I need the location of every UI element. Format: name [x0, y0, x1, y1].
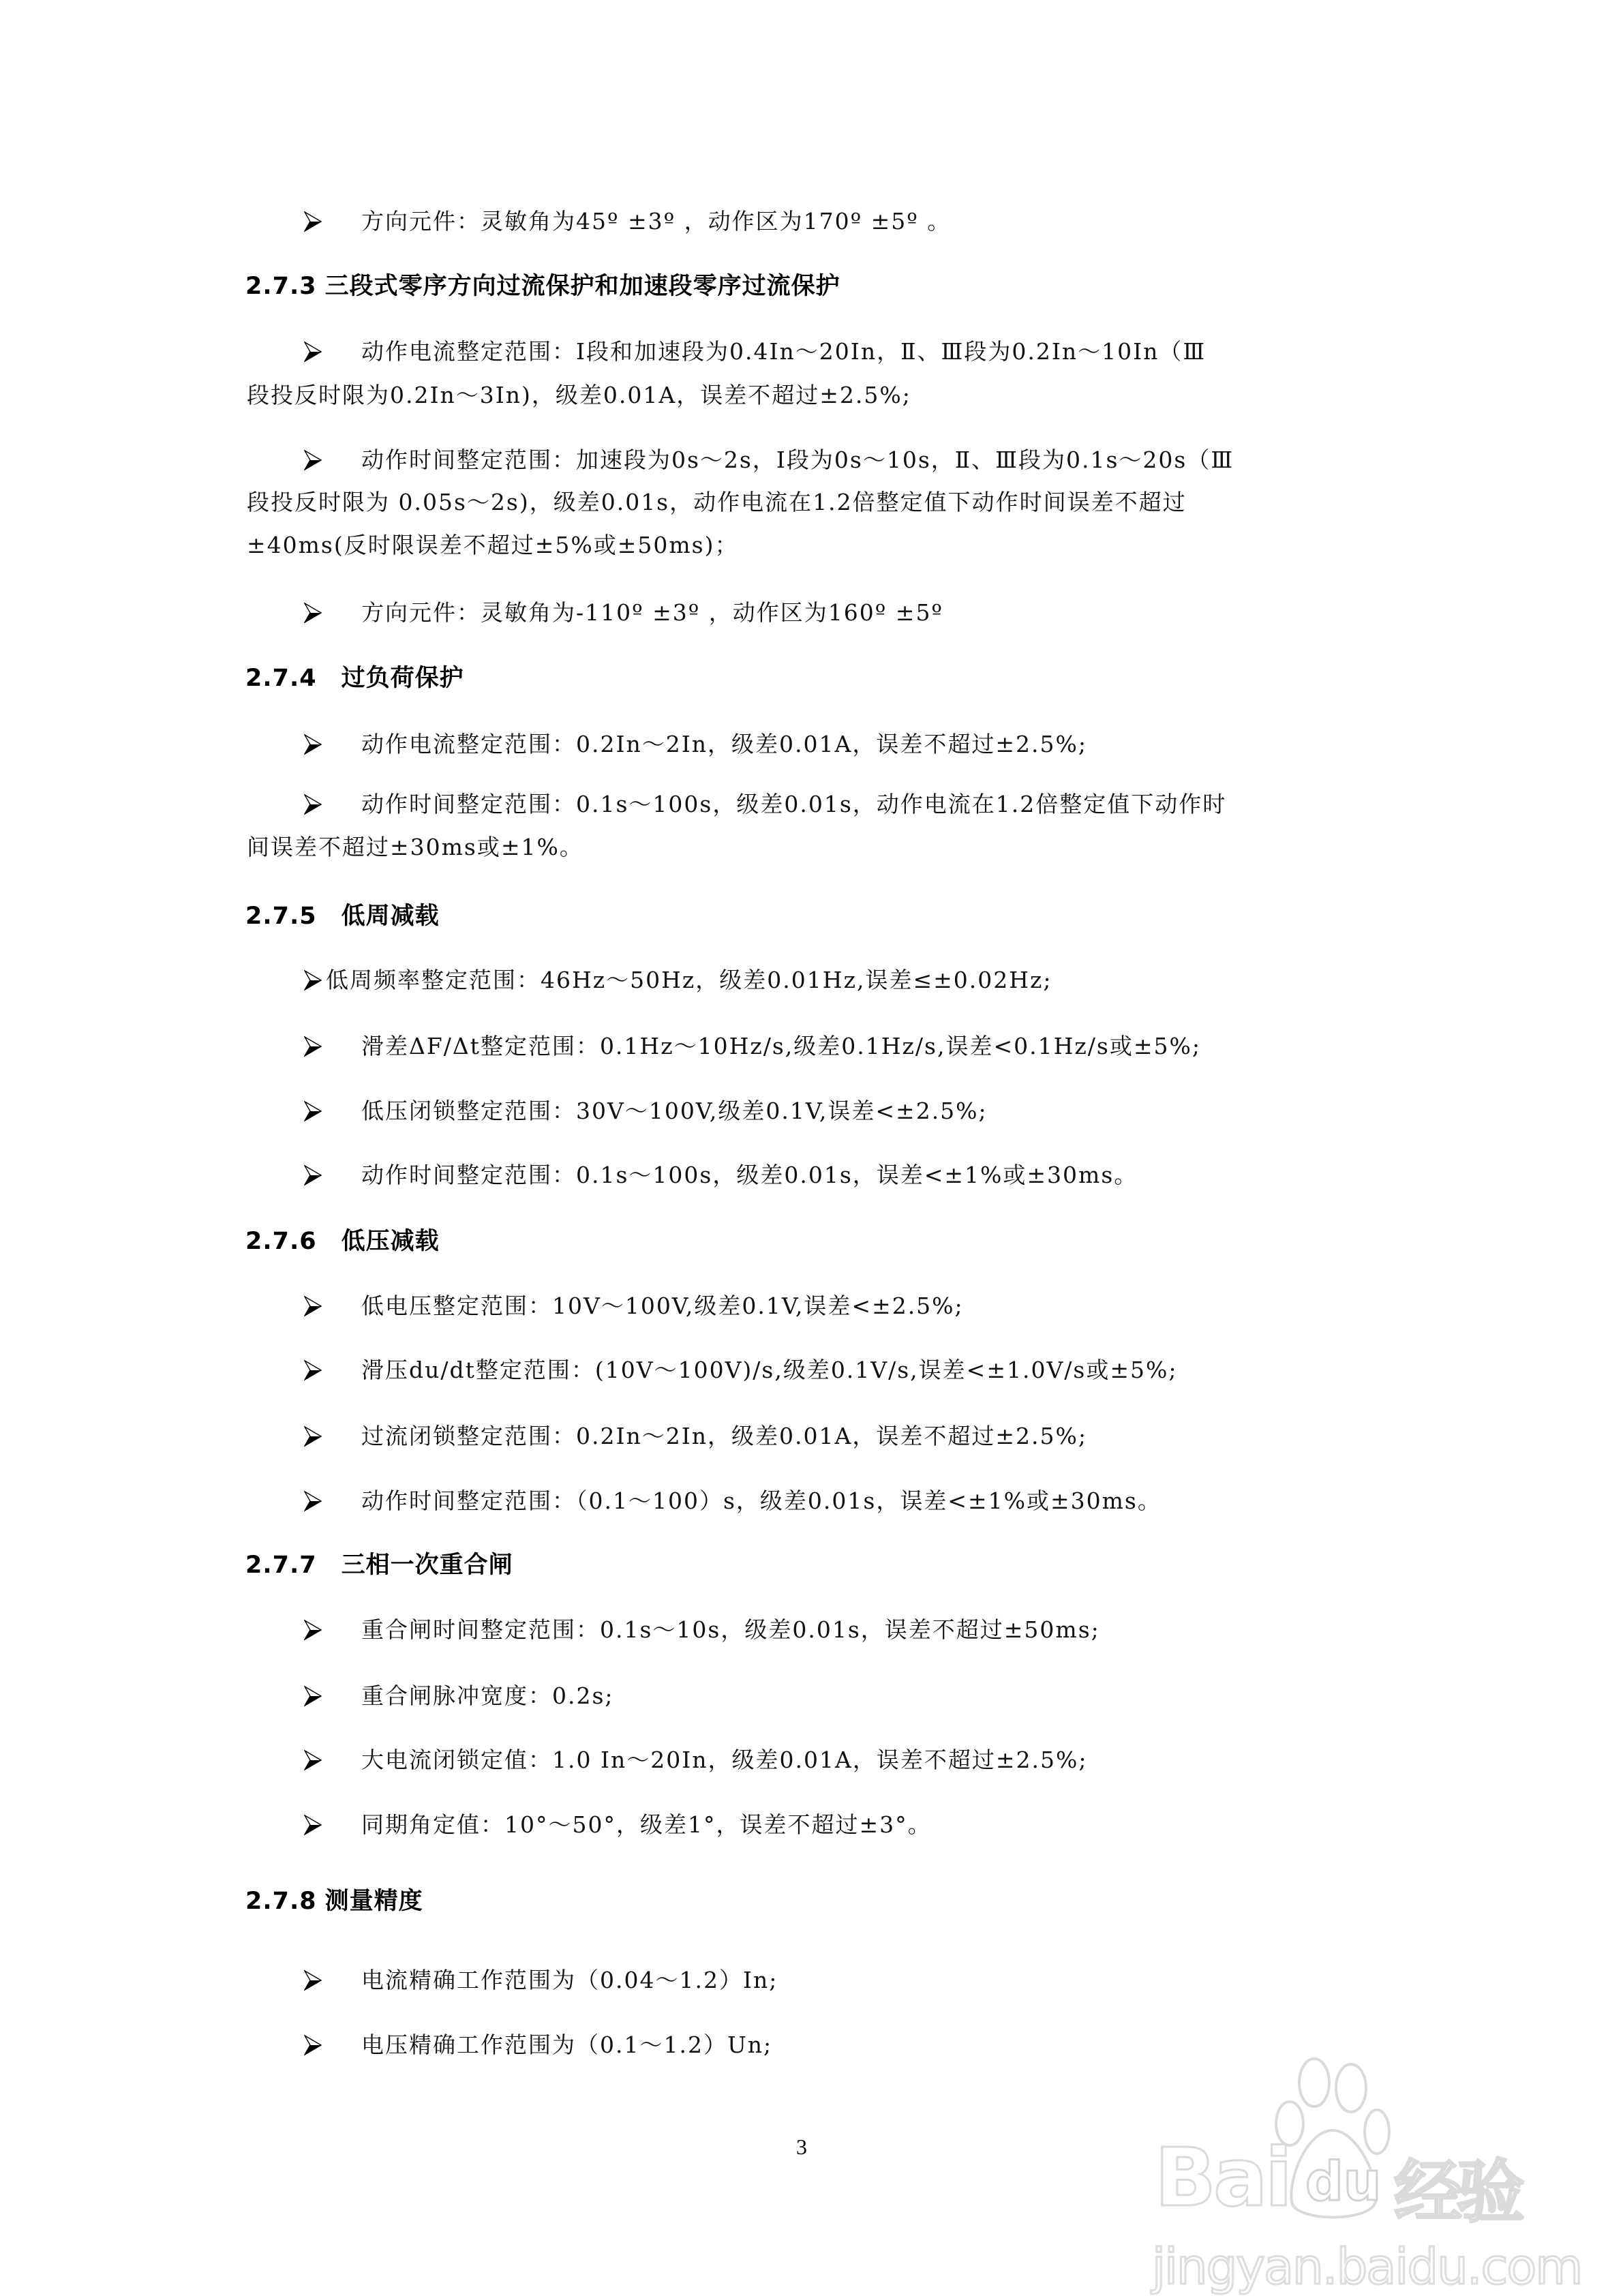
- page-number: 3: [796, 2134, 807, 2160]
- section-title: 过负荷保护: [342, 665, 464, 692]
- section-title: 低周减载: [342, 903, 440, 930]
- watermark-brand: Bai: [1155, 2130, 1290, 2224]
- section-title: 三相一次重合闸: [342, 1552, 513, 1579]
- section-number: 2.7.3: [245, 272, 317, 301]
- section-number: 2.7.5: [245, 902, 317, 931]
- section-number: 2.7.8: [245, 1887, 317, 1916]
- section-title: 三段式零序方向过流保护和加速段零序过流保护: [325, 273, 840, 300]
- arrow-bullet-icon: [304, 1036, 322, 1057]
- section-heading: 2.7.7三相一次重合闸: [245, 1551, 513, 1580]
- bullet-item-text: 电流精确工作范围为（0.04～1.2）In;: [361, 1967, 778, 1994]
- bullet-item-text: 动作电流整定范围：Ⅰ段和加速段为0.4In～20In，Ⅱ、Ⅲ段为0.2In～10…: [361, 338, 1206, 365]
- arrow-bullet-icon: [304, 970, 322, 991]
- section-number: 2.7.6: [245, 1227, 317, 1256]
- section-heading: 2.7.4过负荷保护: [245, 664, 464, 693]
- bullet-item-text: 动作时间整定范围：加速段为0s～2s，Ⅰ段为0s～10s，Ⅱ、Ⅲ段为0.1s～2…: [361, 447, 1234, 474]
- arrow-bullet-icon: [304, 603, 322, 623]
- arrow-bullet-icon: [304, 1620, 322, 1640]
- arrow-bullet-icon: [304, 1296, 322, 1316]
- bullet-item-text: 过流闭锁整定范围：0.2In～2In，级差0.01A，误差不超过±2.5%;: [361, 1423, 1087, 1450]
- arrow-bullet-icon: [304, 1970, 322, 1991]
- bullet-item-text: 动作时间整定范围：0.1s～100s，级差0.01s，动作电流在1.2倍整定值下…: [361, 791, 1226, 818]
- section-number: 2.7.7: [245, 1551, 317, 1580]
- arrow-bullet-icon: [304, 342, 322, 362]
- watermark-cn: 经验: [1394, 2137, 1519, 2235]
- arrow-bullet-icon: [304, 1686, 322, 1706]
- bullet-item-text: 动作时间整定范围：（0.1～100）s，级差0.01s，误差<±1%或±30ms…: [361, 1487, 1162, 1515]
- arrow-bullet-icon: [304, 1426, 322, 1447]
- paragraph-continuation: ±40ms(反时限误差不超过±5%或±50ms)；: [247, 532, 739, 559]
- arrow-bullet-icon: [304, 1815, 322, 1835]
- arrow-bullet-icon: [304, 1360, 322, 1380]
- arrow-bullet-icon: [304, 794, 322, 815]
- baidu-jingyan-watermark: du Bai 经验 jingyan.baidu.com: [1152, 2055, 1534, 2296]
- bullet-item-text: 低电压整定范围：10V～100V,级差0.1V,误差<±2.5%;: [361, 1293, 964, 1320]
- watermark-url: jingyan.baidu.com: [1152, 2238, 1581, 2295]
- arrow-bullet-icon: [304, 450, 322, 470]
- arrow-bullet-icon: [304, 211, 322, 232]
- section-heading: 2.7.3三段式零序方向过流保护和加速段零序过流保护: [245, 272, 840, 301]
- baidu-paw-icon: du: [1275, 2055, 1391, 2226]
- paragraph-continuation: 间误差不超过±30ms或±1%。: [247, 834, 583, 861]
- section-title: 低压减载: [342, 1228, 440, 1255]
- bullet-item-text: 重合闸时间整定范围：0.1s～10s，级差0.01s，误差不超过±50ms;: [361, 1616, 1100, 1644]
- paragraph-continuation: 段投反时限为0.2In～3In)，级差0.01A，误差不超过±2.5%;: [247, 382, 911, 409]
- arrow-bullet-icon: [304, 1491, 322, 1511]
- bullet-item-text: 大电流闭锁定值：1.0 In～20In，级差0.01A，误差不超过±2.5%;: [361, 1747, 1087, 1774]
- section-title: 测量精度: [325, 1888, 423, 1915]
- bullet-item-text: 同期角定值：10°～50°，级差1°，误差不超过±3°。: [361, 1811, 932, 1839]
- bullet-item-text: 动作电流整定范围：0.2In～2In，级差0.01A，误差不超过±2.5%;: [361, 731, 1087, 758]
- section-heading: 2.7.6低压减载: [245, 1227, 440, 1256]
- arrow-bullet-icon: [304, 734, 322, 755]
- section-heading: 2.7.8测量精度: [245, 1887, 423, 1916]
- arrow-bullet-icon: [304, 1165, 322, 1185]
- svg-text:du: du: [1305, 2151, 1381, 2213]
- bullet-item-text: 方向元件：灵敏角为45º ±3º ，动作区为170º ±5º 。: [361, 208, 951, 235]
- paragraph-continuation: 段投反时限为 0.05s～2s)，级差0.01s，动作电流在1.2倍整定值下动作…: [247, 489, 1187, 516]
- bullet-item-text: 低周频率整定范围：46Hz～50Hz，级差0.01Hz,误差≤±0.02Hz;: [326, 967, 1052, 994]
- arrow-bullet-icon: [304, 2035, 322, 2055]
- bullet-item-text: 方向元件：灵敏角为-110º ±3º ，动作区为160º ±5º: [361, 599, 943, 626]
- bullet-item-text: 滑压du/dt整定范围：(10V～100V)/s,级差0.1V/s,误差<±1.…: [361, 1357, 1177, 1384]
- document-page: 方向元件：灵敏角为45º ±3º ，动作区为170º ±5º 。2.7.3三段式…: [0, 0, 1623, 2296]
- bullet-item-text: 动作时间整定范围：0.1s～100s，级差0.01s，误差<±1%或±30ms。: [361, 1162, 1138, 1189]
- bullet-item-text: 低压闭锁整定范围：30V～100V,级差0.1V,误差<±2.5%;: [361, 1098, 988, 1125]
- bullet-item-text: 电压精确工作范围为（0.1～1.2）Un;: [361, 2031, 772, 2059]
- bullet-item-text: 重合闸脉冲宽度：0.2s;: [361, 1682, 614, 1710]
- arrow-bullet-icon: [304, 1750, 322, 1770]
- arrow-bullet-icon: [304, 1101, 322, 1121]
- section-heading: 2.7.5低周减载: [245, 902, 440, 931]
- bullet-item-text: 滑差ΔF/Δt整定范围：0.1Hz～10Hz/s,级差0.1Hz/s,误差<0.…: [361, 1033, 1201, 1060]
- section-number: 2.7.4: [245, 664, 317, 693]
